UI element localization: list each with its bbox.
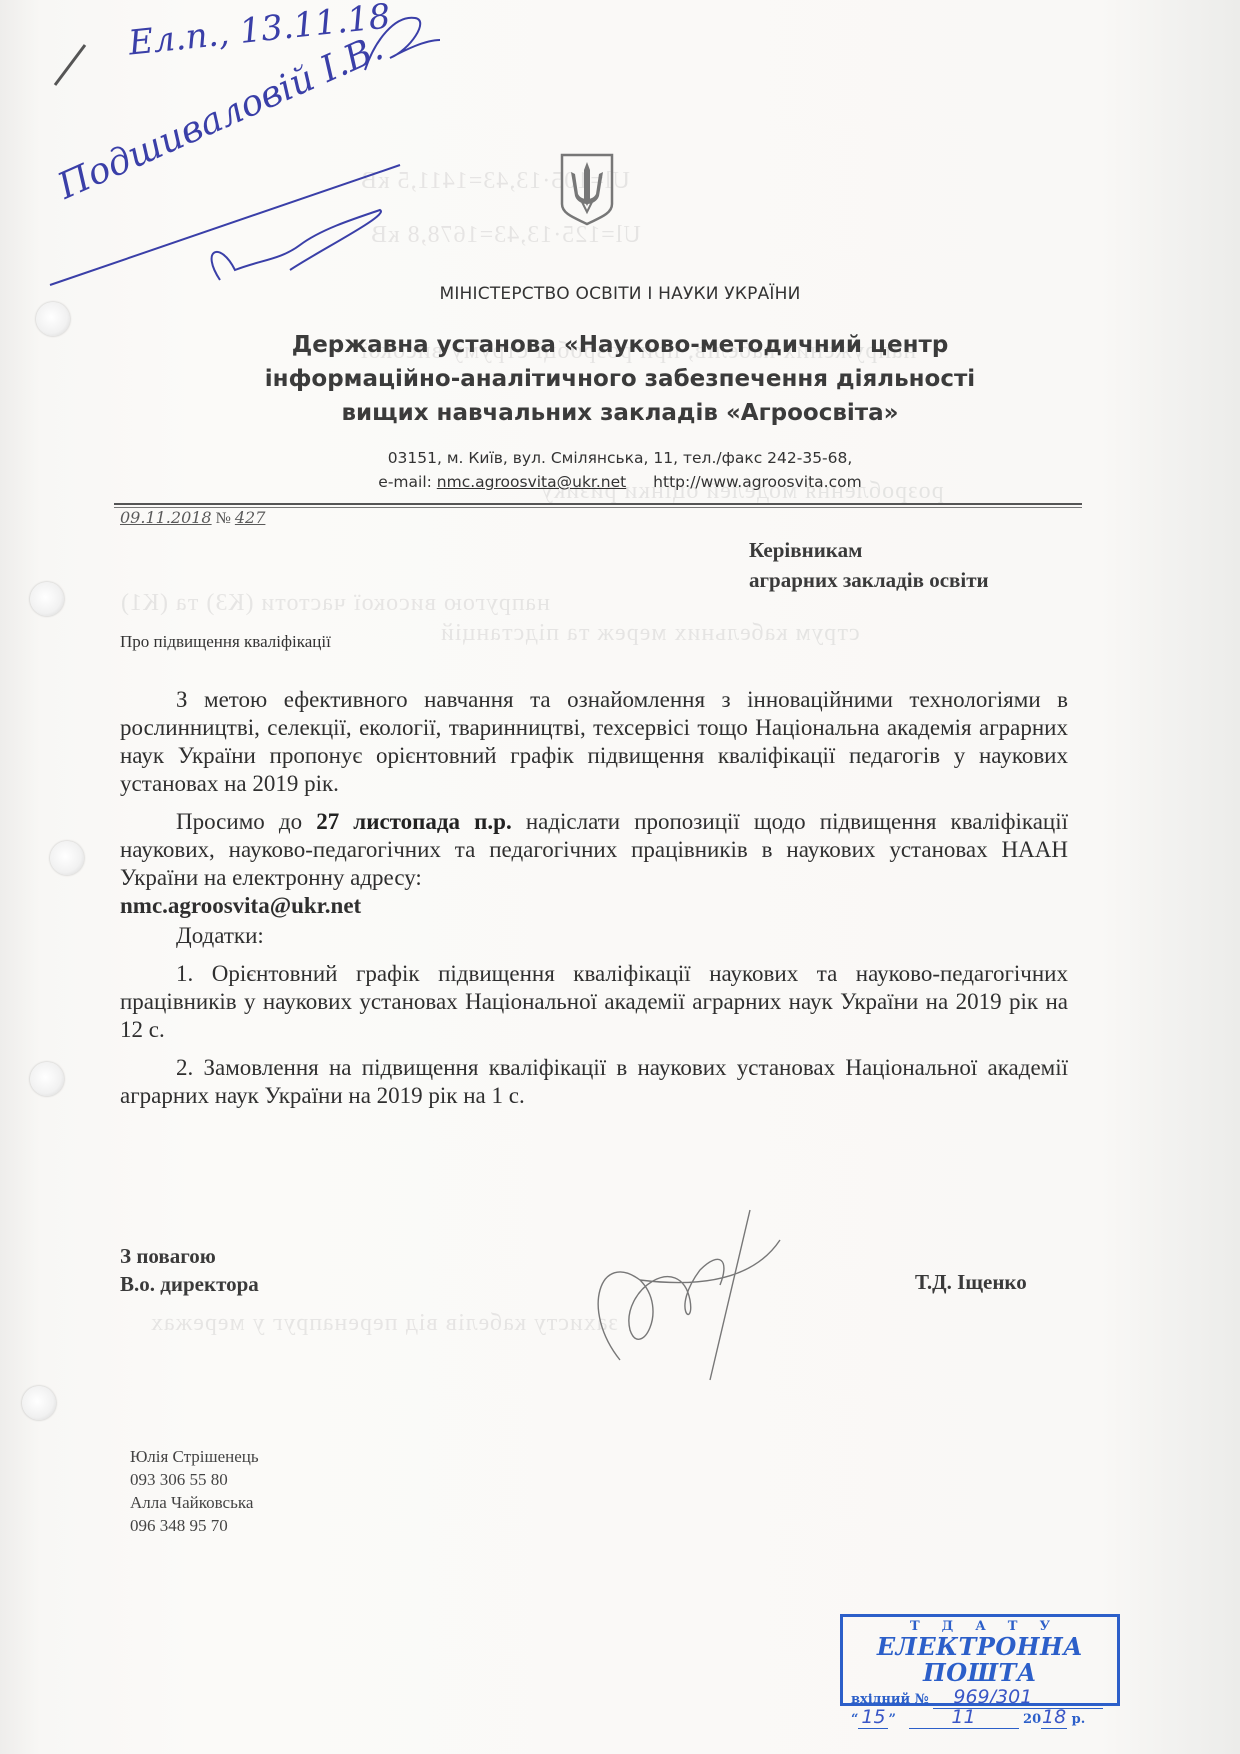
stamp-month: 11 bbox=[909, 1706, 1019, 1729]
addressee: Керівникам аграрних закладів освіти bbox=[749, 535, 989, 595]
postal-address: 03151, м. Київ, вул. Смілянська, 11, тел… bbox=[0, 446, 1240, 470]
header-divider bbox=[114, 503, 1082, 505]
contact-name: Алла Чайковська bbox=[130, 1491, 259, 1514]
letter-subject: Про підвищення кваліфікації bbox=[120, 632, 331, 652]
body-paragraph: З метою ефективного навчання та ознайомл… bbox=[120, 686, 1068, 798]
closing-block: З повагою В.о. директора bbox=[120, 1242, 259, 1298]
number-sign: № bbox=[216, 510, 231, 527]
org-line: інформаційно-аналітичного забезпечення д… bbox=[0, 362, 1240, 396]
signer-position: В.о. директора bbox=[120, 1270, 259, 1298]
outgoing-reference: 09.11.2018 № 427 bbox=[120, 508, 265, 528]
org-line: вищих навчальних закладів «Агроосвіта» bbox=[0, 396, 1240, 430]
website-link[interactable]: http://www.agroosvita.com bbox=[653, 473, 862, 491]
stamp-incoming-row: вхідний № 969/301 bbox=[843, 1686, 1117, 1704]
contact-phone: 093 306 55 80 bbox=[130, 1468, 259, 1491]
stamp-incoming-label: вхідний № bbox=[851, 1692, 929, 1707]
outgoing-number: 427 bbox=[235, 508, 266, 527]
margin-pen-mark bbox=[50, 40, 90, 90]
response-email[interactable]: nmc.agroosvita@ukr.net bbox=[120, 892, 1068, 920]
addressee-line: аграрних закладів освіти bbox=[749, 565, 989, 595]
resolution-signature bbox=[20, 120, 440, 290]
email-label: e-mail: bbox=[378, 473, 432, 491]
attachment-item: 2. Замовлення на підвищення кваліфікації… bbox=[120, 1054, 1068, 1110]
letter-body: З метою ефективного навчання та ознайомл… bbox=[120, 686, 1068, 1110]
show-through-text: напругою високої частоти (КЗ) та (К1) bbox=[120, 590, 550, 617]
closing-regards: З повагою bbox=[120, 1242, 259, 1270]
addressee-line: Керівникам bbox=[749, 535, 989, 565]
ukraine-coat-of-arms-icon bbox=[559, 152, 615, 226]
org-contact-info: 03151, м. Київ, вул. Смілянська, 11, тел… bbox=[0, 446, 1240, 494]
contact-name: Юлія Стрішенець bbox=[130, 1445, 259, 1468]
stamp-year-end: р. bbox=[1072, 1712, 1086, 1727]
punch-hole bbox=[30, 1062, 64, 1096]
body-paragraph: Просимо до 27 листопада п.р. надіслати п… bbox=[120, 808, 1068, 892]
outgoing-date: 09.11.2018 bbox=[120, 508, 212, 527]
deadline: 27 листопада п.р. bbox=[316, 809, 512, 834]
punch-hole bbox=[50, 841, 84, 875]
stamp-day: 15 bbox=[858, 1706, 888, 1729]
attachments-label: Додатки: bbox=[120, 922, 1068, 950]
incoming-registration-stamp: ТДАТУ ЕЛЕКТРОННА ПОШТА вхідний № 969/301… bbox=[840, 1614, 1120, 1706]
stamp-date-row: “15” 11 2018 р. bbox=[843, 1706, 1117, 1724]
attachment-item: 1. Орієнтовний графік підвищення кваліфі… bbox=[120, 960, 1068, 1044]
contact-phone: 096 348 95 70 bbox=[130, 1514, 259, 1537]
contact-persons: Юлія Стрішенець 093 306 55 80 Алла Чайко… bbox=[130, 1445, 259, 1537]
signer-name: Т.Д. Іщенко bbox=[915, 1270, 1027, 1295]
stamp-title: ЕЛЕКТРОННА ПОШТА bbox=[843, 1634, 1117, 1686]
document-page: Ul=105·13,43=1411,5 кВ Ul=125·13,43=1678… bbox=[0, 0, 1240, 1754]
stamp-year-prefix: 20 bbox=[1023, 1712, 1041, 1727]
show-through-text: струм кабельних мереж та підстанцій bbox=[440, 620, 860, 647]
punch-hole bbox=[22, 1386, 56, 1420]
org-line: Державна установа «Науково-методичний це… bbox=[0, 328, 1240, 362]
director-signature bbox=[520, 1190, 840, 1390]
email-link[interactable]: nmc.agroosvita@ukr.net bbox=[437, 473, 626, 491]
punch-hole bbox=[30, 582, 64, 616]
stamp-year-suffix: 18 bbox=[1041, 1706, 1067, 1729]
ministry-name: МІНІСТЕРСТВО ОСВІТИ І НАУКИ УКРАЇНИ bbox=[0, 284, 1240, 304]
organization-name: Державна установа «Науково-методичний це… bbox=[0, 328, 1240, 430]
